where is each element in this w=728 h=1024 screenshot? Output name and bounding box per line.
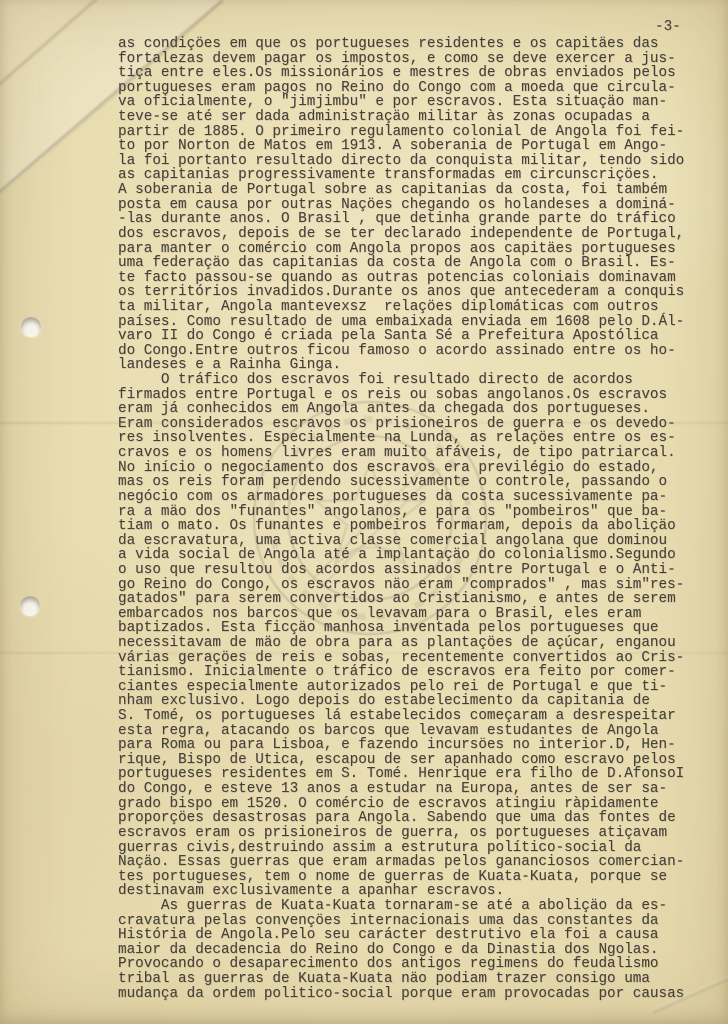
text-line: va oficialmente, o "jimjimbu" e por escr… xyxy=(118,95,720,110)
text-line: para manter o comércio com Angola propos… xyxy=(118,242,720,257)
text-line: os territórios invadidos.Durante os anos… xyxy=(118,285,720,300)
text-line: A soberania de Portugal sobre as capitan… xyxy=(118,183,720,198)
text-line: uma federaçäo das capitanias da costa de… xyxy=(118,256,720,271)
text-line: negócio com os armadores portugueses da … xyxy=(118,490,720,505)
text-line: do Congo, e esteve 13 anos a estudar na … xyxy=(118,782,720,797)
text-line: eram já conhecidos em Angola antes da ch… xyxy=(118,402,720,417)
scanned-document-page: -3- as condiçöes em que os portugueses r… xyxy=(0,0,728,1024)
text-line: -las durante anos. O Brasil , que detinh… xyxy=(118,212,720,227)
text-line: S. Tomé, os portugueses lá estabelecidos… xyxy=(118,709,720,724)
text-line: Provocando o desaparecimento dos antigos… xyxy=(118,957,720,972)
text-line: as capitanias progressivamente transform… xyxy=(118,168,720,183)
text-line: cravatura pelas convençöes internacionai… xyxy=(118,914,720,929)
text-line: várias geraçöes de reis e sobas, recente… xyxy=(118,651,720,666)
text-line: tiça entre eles.Os missionários e mestre… xyxy=(118,66,720,81)
text-line: to por Norton de Matos em 1913. A sobera… xyxy=(118,139,720,154)
text-line: teve-se até ser dada administraçäo milit… xyxy=(118,110,720,125)
punch-hole-bottom xyxy=(20,596,40,616)
text-line: escravos eram os prisioneiros de guerra,… xyxy=(118,826,720,841)
text-line: ra a mäo dos "funantes" angolanos, e par… xyxy=(118,505,720,520)
text-line: destinavam exclusivamente a apanhar escr… xyxy=(118,884,720,899)
text-line: a vida social de Angola até a implantaçä… xyxy=(118,548,720,563)
text-line: varo II do Congo é criada pela Santa Sé … xyxy=(118,329,720,344)
text-line: o uso que resultou dos acordos assinados… xyxy=(118,563,720,578)
text-line: países. Como resultado de uma embaixada … xyxy=(118,315,720,330)
text-line: guerras civis,destruindo assim a estrutu… xyxy=(118,841,720,856)
text-line: História de Angola.Pelo seu carácter des… xyxy=(118,928,720,943)
text-line: go Reino do Congo, os escravos näo eram … xyxy=(118,578,720,593)
text-line: as condiçöes em que os portugueses resid… xyxy=(118,37,720,52)
text-line: proporçöes desastrosas para Angola. Sabe… xyxy=(118,811,720,826)
text-line: dos escravos, depois de se ter declarado… xyxy=(118,227,720,242)
text-line: nham exclusivo. Logo depois do estabelec… xyxy=(118,694,720,709)
text-line: mudança da ordem politico-social porque … xyxy=(118,987,720,1002)
text-line: para Roma ou para Lisboa, e fazendo incu… xyxy=(118,738,720,753)
document-text: as condiçöes em que os portugueses resid… xyxy=(118,37,720,1001)
text-line: O tráfico dos escravos foi resultado dir… xyxy=(118,373,720,388)
text-line: tiam o mato. Os funantes e pombeiros for… xyxy=(118,519,720,534)
text-line: Naçäo. Essas guerras que eram armadas pe… xyxy=(118,855,720,870)
text-line: res insolventes. Especialmente na Lunda,… xyxy=(118,431,720,446)
punch-hole-top xyxy=(21,317,41,337)
text-line: portugueses residentes em S. Tomé. Henri… xyxy=(118,767,720,782)
text-line: ta militar, Angola mantevexsz relaçöes d… xyxy=(118,300,720,315)
text-line: tribal as guerras de Kuata-Kuata näo pod… xyxy=(118,972,720,987)
text-line: gatados" para serem convertidos ao Crist… xyxy=(118,592,720,607)
text-line: mas os reis foram perdendo sucessivament… xyxy=(118,475,720,490)
text-line: necessitavam de mäo de obra para as plan… xyxy=(118,636,720,651)
text-line: landeses e a Rainha Ginga. xyxy=(118,358,720,373)
page-number: -3- xyxy=(655,19,681,35)
text-line: As guerras de Kuata-Kuata tornaram-se at… xyxy=(118,899,720,914)
text-line: cravos e os homens livres eram muito afá… xyxy=(118,446,720,461)
text-line: tianismo. Inicialmente o tráfico de escr… xyxy=(118,665,720,680)
text-line: baptizados. Esta ficçäo manhosa inventad… xyxy=(118,621,720,636)
